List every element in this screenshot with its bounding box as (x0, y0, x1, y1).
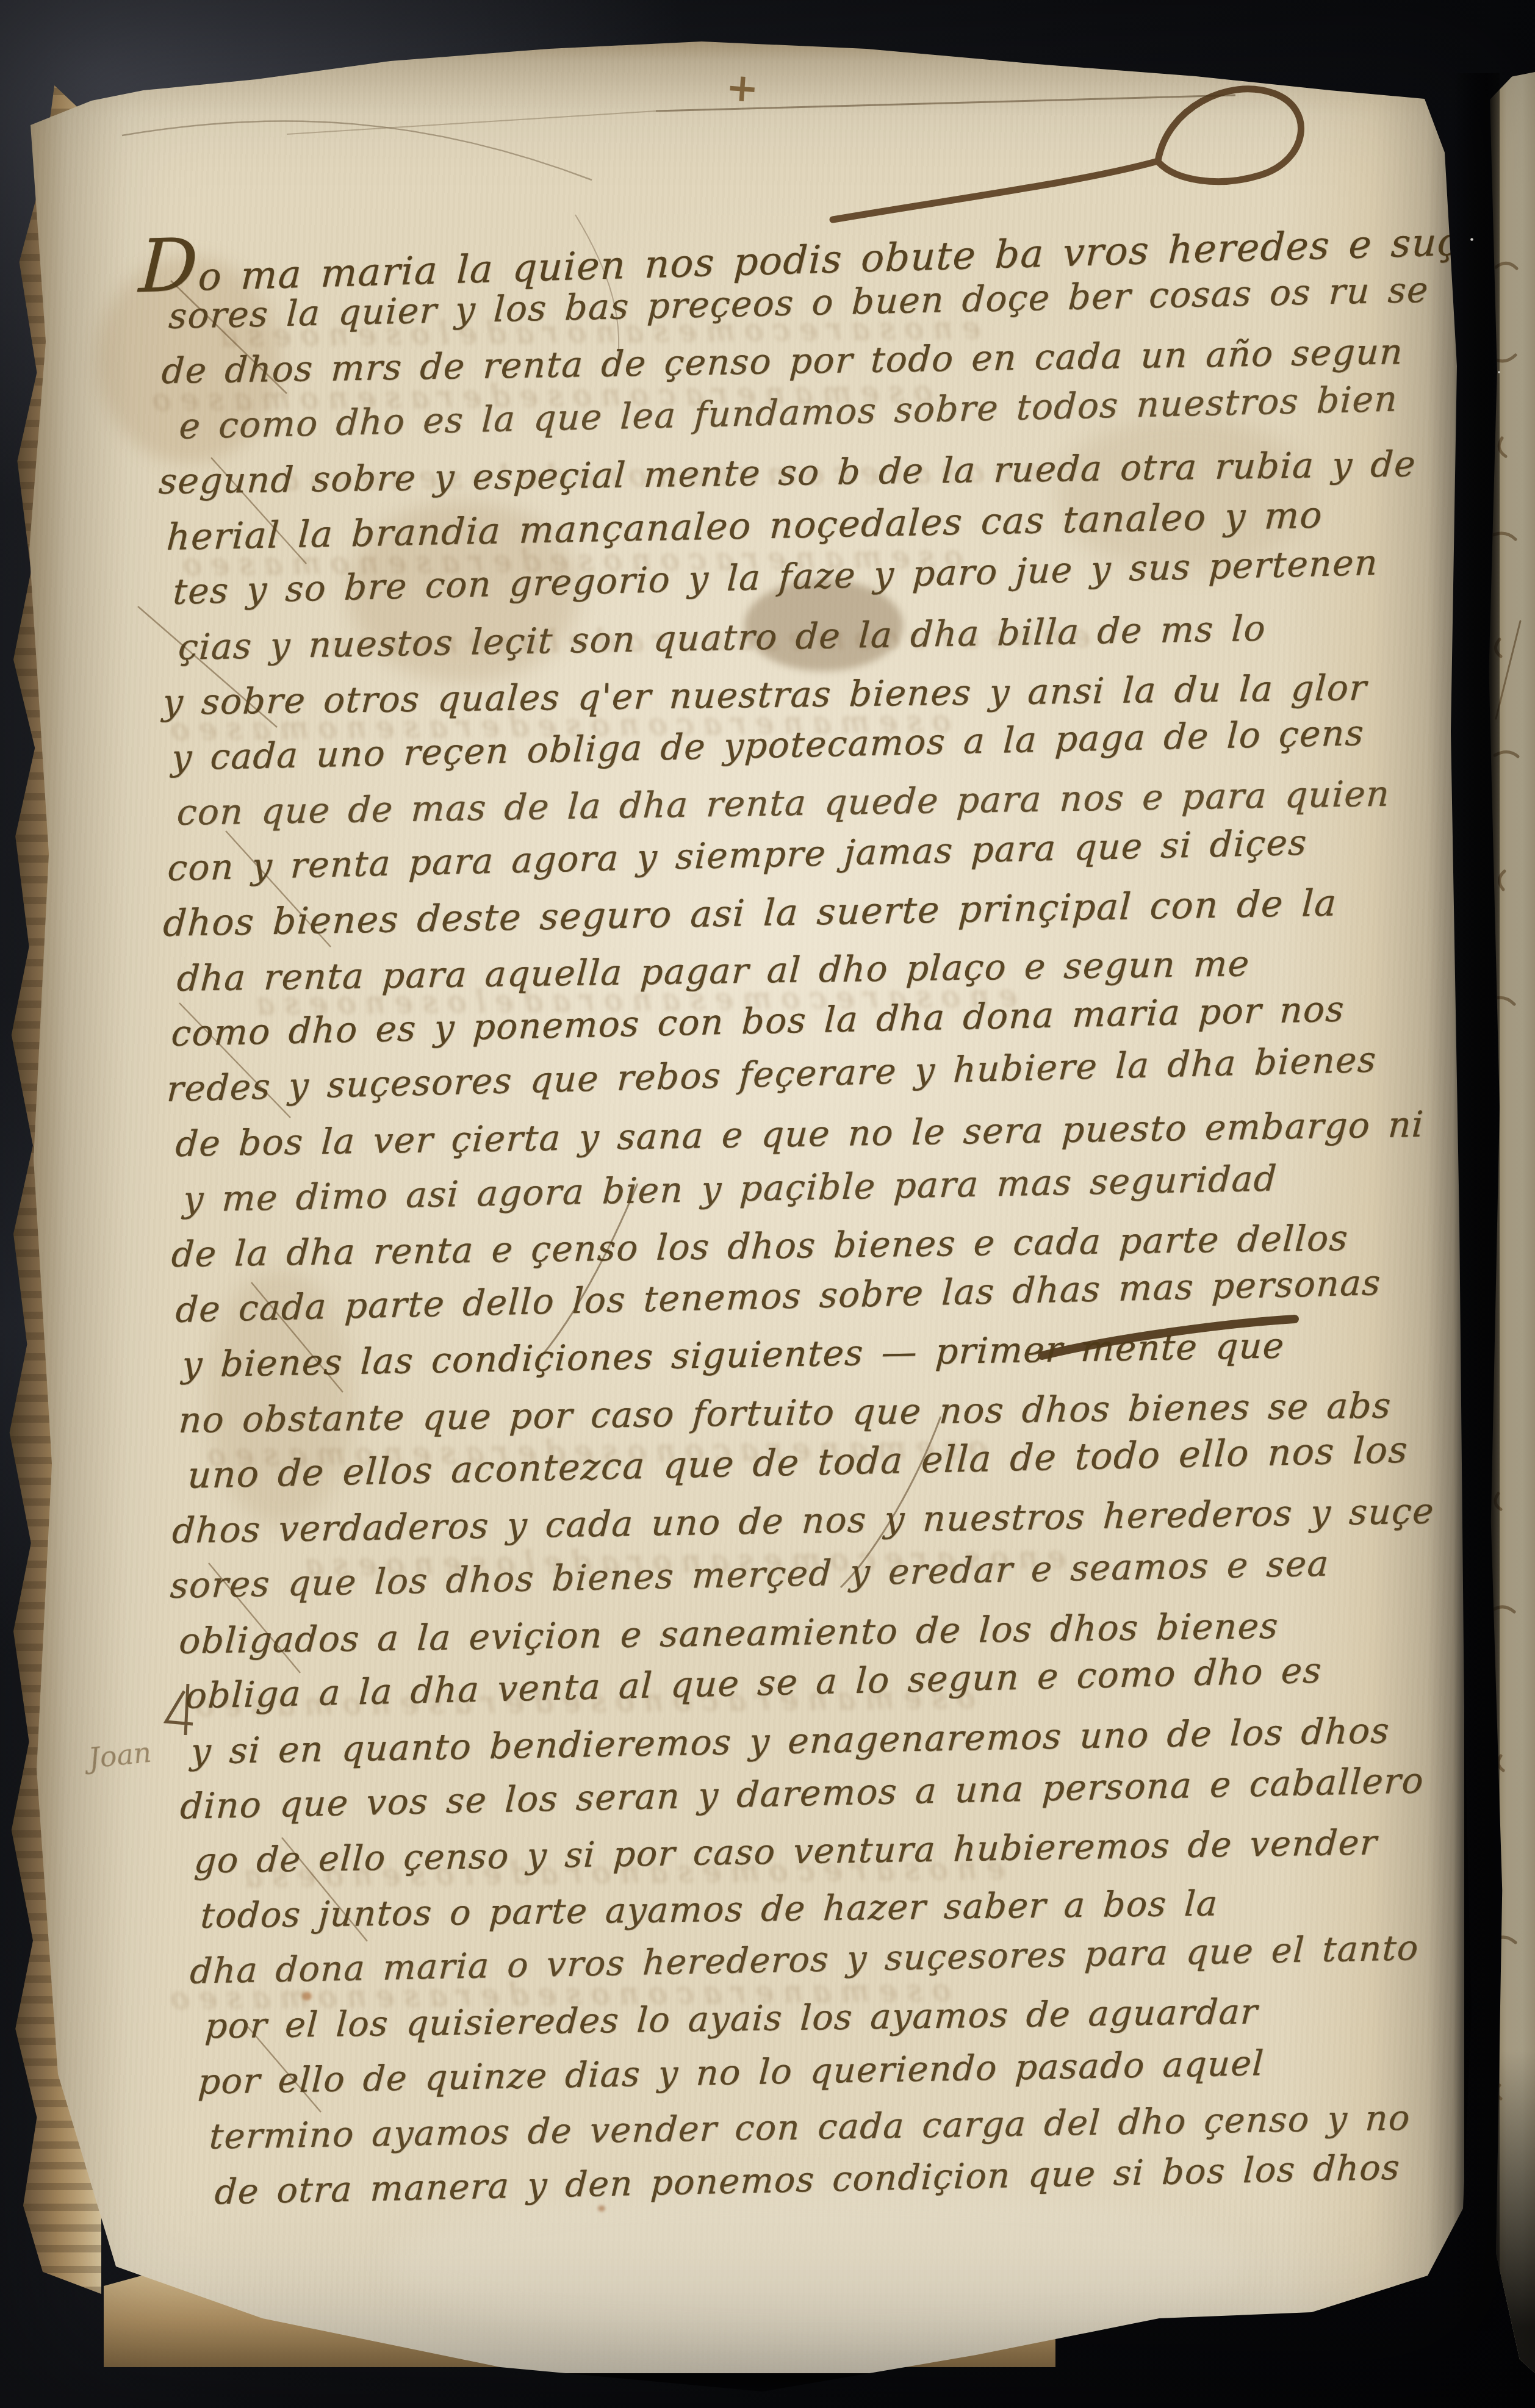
manuscript-line: sores que los dhos bienes merçed y ereda… (169, 1542, 1330, 1606)
text-block: Do ma maria la quien nos podis obute ba … (18, 31, 1474, 2377)
manuscript-line: y bienes las condiçiones siguientes — pr… (181, 1324, 1286, 1385)
manuscript-page: e n o s a r e c o m e s a n o r a d e l … (24, 37, 1464, 2373)
manuscript-line: çias y nuestos leçit son quatro de la dh… (177, 608, 1267, 668)
wormhole (148, 63, 158, 76)
manuscript-line: dino que vos se los seran y daremos a un… (179, 1759, 1425, 1827)
manuscript-line: obliga a la dha venta al que se a lo seg… (185, 1649, 1323, 1716)
manuscript-line: uno de ellos acontezca que de toda ella … (187, 1429, 1409, 1497)
manuscript-line: y cada uno reçen obliga de ypotecamos a … (171, 712, 1365, 778)
manuscript-line: go de ello çenso y si por caso ventura h… (193, 1822, 1378, 1881)
wormhole (245, 59, 253, 68)
manuscript-line: de bos la ver çierta y sana e que no le … (174, 1104, 1425, 1165)
dust-speck (1470, 238, 1473, 241)
manuscript-line: de otra manera y den ponemos condiçion q… (214, 2147, 1401, 2213)
manuscript-line: dhos bienes deste seguro asi la suerte p… (162, 882, 1339, 945)
manuscript-line: y si en quanto bendieremos y enagenaremo… (190, 1709, 1391, 1772)
manuscript-line: con y renta para agora y siempre jamas p… (167, 822, 1308, 889)
manuscript-line: segund sobre y espeçial mente so b de la… (157, 443, 1417, 502)
manuscript-line: dha dona maria o vros herederos y suçeso… (189, 1928, 1420, 1992)
manuscript-line: obligados a la eviçion e saneamiento de … (178, 1605, 1280, 1662)
manuscript-line: por el los quisieredes lo ayais los ayam… (204, 1991, 1259, 2046)
manuscript-line: por ello de quinze dias y no lo queriend… (197, 2043, 1265, 2102)
gutter-shadow (1453, 73, 1500, 2331)
manuscript-line: dhos verdaderos y cada uno de nos y nues… (171, 1490, 1436, 1551)
photo-background: e n o s a r e c o m e s a n o r a d e l … (0, 0, 1535, 2408)
manuscript-line: y me dimo asi agora bien y paçible para … (182, 1157, 1278, 1220)
manuscript-line: dha renta para aquella pagar al dho plaç… (176, 943, 1251, 999)
manuscript-line: todos juntos o parte ayamos de hazer sab… (200, 1883, 1220, 1936)
dust-speck (1498, 371, 1500, 373)
manuscript-line: y sobre otros quales q'er nuestras biene… (162, 667, 1368, 723)
manuscript-line: termino ayamos de vender con cada carga … (209, 2098, 1412, 2157)
